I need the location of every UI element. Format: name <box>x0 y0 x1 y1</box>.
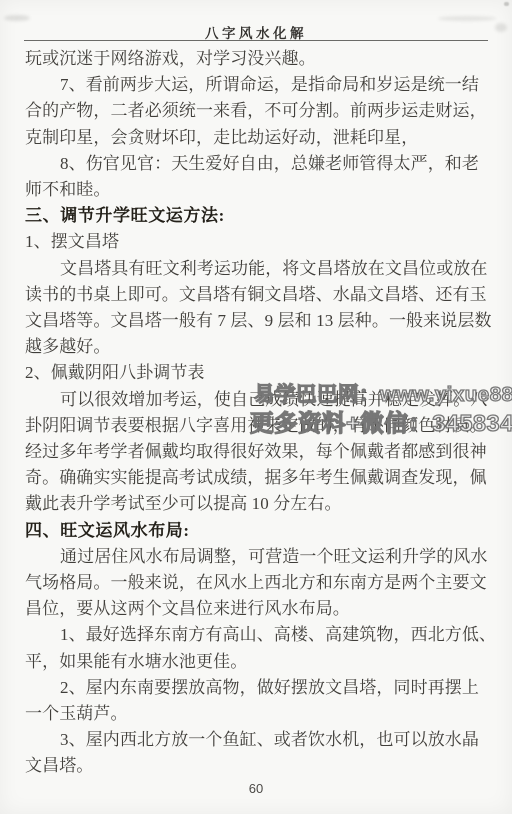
page-header-title: 八字风水化解 <box>0 22 512 42</box>
text-line: 2、佩戴阴阳八卦调节表 <box>25 360 489 386</box>
text-line: 戴此表升学考试至少可以提高 10 分左右。 <box>25 491 489 517</box>
text-line: 文昌塔。 <box>25 753 489 779</box>
text-line: 气场格局。一般来说，在风水上西北方和东南方是两个主要文 <box>25 570 489 596</box>
text-line: 克制印星，会贪财坏印，走比劫运好动，泄耗印星， <box>25 125 489 151</box>
section-heading: 三、调节升学旺文运方法: <box>25 203 489 229</box>
header-divider <box>24 40 488 41</box>
text-line: 1、摆文昌塔 <box>25 229 489 255</box>
text-line: 越多越好。 <box>25 334 489 360</box>
text-line: 2、屋内东南要摆放高物，做好摆放文昌塔，同时再摆上 <box>25 675 489 701</box>
text-line: 一个玉葫芦。 <box>25 701 489 727</box>
text-line: 昌位，要从这两个文昌位来进行风水布局。 <box>25 596 489 622</box>
text-line: 3、屋内西北方放一个鱼缸、或者饮水机，也可以放水晶 <box>25 727 489 753</box>
scan-smudge-top-right <box>438 16 496 21</box>
text-line: 文昌塔等。文昌塔一般有 7 层、9 层和 13 层种。一般来说层数 <box>25 308 489 334</box>
text-line: 7、看前两步大运，所谓命运，是指命局和岁运是统一结 <box>25 72 489 98</box>
text-line: 师不和睦。 <box>25 177 489 203</box>
text-line: 文昌塔具有旺文利考运功能，将文昌塔放在文昌位或放在 <box>25 256 489 282</box>
text-line: 可以很效增加考运，使自己成绩快速提高并稳定发挥。八 <box>25 387 489 413</box>
text-line: 奇。确确实实能提高考试成绩，据多年考生佩戴调查发现，佩 <box>25 465 489 491</box>
page-footer: 60 <box>0 781 512 796</box>
text-line: 平，如果能有水塘水池更佳。 <box>25 649 489 675</box>
text-line: 经过多年考学者佩戴均取得很好效果，每个佩戴者都感到很神 <box>25 439 489 465</box>
section-heading: 四、旺文运风水布局: <box>25 518 489 544</box>
text-line: 8、伤官见官：天生爱好自由，总嫌老师管得太严，和老 <box>25 151 489 177</box>
document-body: 玩或沉迷于网络游戏，对学习没兴趣。7、看前两步大运，所谓命运，是指命局和岁运是统… <box>25 46 489 780</box>
document-page: 八字风水化解 玩或沉迷于网络游戏，对学习没兴趣。7、看前两步大运，所谓命运，是指… <box>0 0 512 814</box>
text-line: 1、最好选择东南方有高山、高楼、高建筑物，西北方低、 <box>25 622 489 648</box>
text-line: 通过居住风水布局调整，可营造一个旺文运利升学的风水 <box>25 544 489 570</box>
text-line: 卦阴阳调节表要根据八字喜用神来定做的，有不同颜色材质。 <box>25 413 489 439</box>
text-line: 读书的书桌上即可。文昌塔有铜文昌塔、水晶文昌塔、还有玉 <box>25 282 489 308</box>
scan-smudge-top-left <box>4 15 30 21</box>
scan-dot-corner <box>504 2 509 6</box>
page-number: 60 <box>249 781 263 796</box>
text-line: 玩或沉迷于网络游戏，对学习没兴趣。 <box>25 46 489 72</box>
text-line: 合的产物，二者必须统一来看，不可分割。前两步运走财运， <box>25 98 489 124</box>
